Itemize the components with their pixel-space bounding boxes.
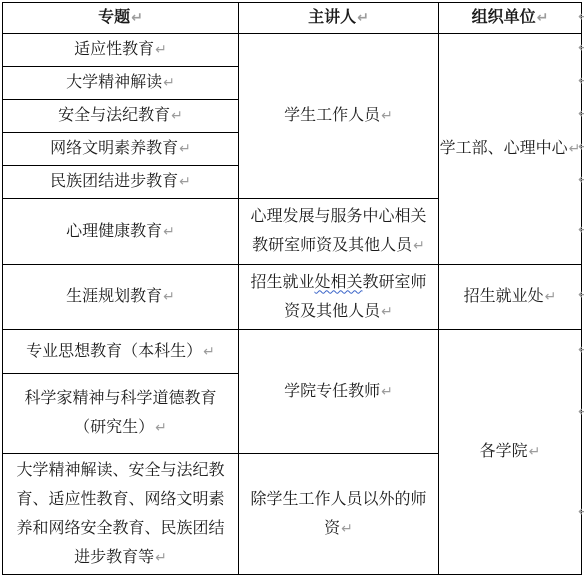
row-end-mark-icon: ↵ [578,71,584,91]
speaker-text: 学生工作人员 [284,107,380,124]
speaker-text: 教研室师资及其他人员 [252,237,412,254]
topic-text: 大学精神解读 [66,74,162,91]
paragraph-mark-icon: ↵ [536,10,549,26]
paragraph-mark-icon: ↵ [162,289,175,305]
paragraph-mark-icon: ↵ [202,344,215,360]
cell-speaker-student-affairs[interactable]: 学生工作人员↵ [239,34,439,199]
topic-text-line: 大学精神解读、安全与法纪教 [3,456,238,485]
topic-text: 适应性教育 [74,41,154,58]
table-row: 专业思想教育（本科生）↵ 学院专任教师↵ 各学院↵ [3,330,582,374]
speaker-text-line: 资及其他人员↵ [239,297,438,327]
cell-organizer-admissions-office[interactable]: 招生就业处↵ [439,265,582,330]
cell-organizer-student-affairs-psych[interactable]: 学工部、心理中心↵ [439,34,582,265]
cell-topic-adaptation[interactable]: 适应性教育↵ [3,34,239,67]
cell-topic-professional-undergrad[interactable]: 专业思想教育（本科生）↵ [3,330,239,374]
header-speaker-label: 主讲人 [308,9,356,26]
organizer-text: 学工部、心理中心 [440,140,568,157]
training-topics-table: 专题↵ 主讲人↵ 组织单位↵ 适应性教育↵ 学生工作人员↵ 学工部、心理中心↵ … [2,2,582,575]
topic-text-line: 科学家精神与科学道德教育 [3,384,238,413]
speaker-text: 招生就业 [250,274,314,291]
speaker-text-line: 心理发展与服务中心相关 [239,202,438,231]
topic-text-line: 育、适应性教育、网络文明素 [3,485,238,514]
row-end-mark-icon: ↵ [578,285,584,305]
topic-text: 专业思想教育（本科生） [26,343,202,360]
cell-organizer-all-colleges[interactable]: 各学院↵ [439,330,582,575]
grammar-flagged-text: 处相关 [314,274,362,291]
paragraph-mark-icon: ↵ [380,384,393,400]
cell-speaker-college-teachers[interactable]: 学院专任教师↵ [239,330,439,454]
cell-speaker-psych-center[interactable]: 心理发展与服务中心相关 教研室师资及其他人员↵ [239,199,439,265]
topic-text: 安全与法纪教育 [58,107,170,124]
row-end-mark-icon: ↵ [578,170,584,190]
speaker-text-line: 招生就业处相关教研室师 [239,268,438,297]
topic-text: （研究生） [74,419,154,436]
cell-topic-mental-health[interactable]: 心理健康教育↵ [3,199,239,265]
speaker-text: 资及其他人员 [284,303,380,320]
paragraph-mark-icon: ↵ [154,550,167,566]
paragraph-mark-icon: ↵ [178,174,191,190]
paragraph-mark-icon: ↵ [130,10,143,26]
paragraph-mark-icon: ↵ [162,224,175,240]
cell-topic-safety-law[interactable]: 安全与法纪教育↵ [3,100,239,133]
row-end-mark-icon: ↵ [578,402,584,422]
paragraph-mark-icon: ↵ [162,75,175,91]
topic-text: 心理健康教育 [66,223,162,240]
organizer-text: 各学院 [480,443,528,460]
header-row: 专题↵ 主讲人↵ 组织单位↵ [3,3,582,34]
paragraph-mark-icon: ↵ [544,289,557,305]
cell-topic-scientist-spirit[interactable]: 科学家精神与科学道德教育 （研究生）↵ [3,374,239,454]
paragraph-mark-icon: ↵ [170,108,183,124]
cell-speaker-non-student-staff[interactable]: 除学生工作人员以外的师 资↵ [239,454,439,575]
cell-speaker-admissions[interactable]: 招生就业处相关教研室师 资及其他人员↵ [239,265,439,330]
row-end-mark-icon: ↵ [578,340,584,360]
paragraph-mark-icon: ↵ [380,108,393,124]
table-row: 适应性教育↵ 学生工作人员↵ 学工部、心理中心↵ [3,34,582,67]
topic-text: 网络文明素养教育 [50,140,178,157]
paragraph-mark-icon: ↵ [340,521,353,537]
header-topic-label: 专题 [98,9,130,26]
header-cell-topic[interactable]: 专题↵ [3,3,239,34]
header-organizer-label: 组织单位 [472,9,536,26]
speaker-text-line: 除学生工作人员以外的师 [239,485,438,514]
topic-text: 生涯规划教育 [66,288,162,305]
table-row: 生涯规划教育↵ 招生就业处相关教研室师 资及其他人员↵ 招生就业处↵ [3,265,582,330]
topic-text: 进步教育等 [74,549,154,566]
row-end-mark-icon: ↵ [578,220,584,240]
row-end-mark-icon: ↵ [578,7,584,27]
header-cell-speaker[interactable]: 主讲人↵ [239,3,439,34]
topic-text-line: 养和网络安全教育、民族团结 [3,514,238,543]
header-cell-organizer[interactable]: 组织单位↵ [439,3,582,34]
row-end-mark-icon: ↵ [578,38,584,58]
paragraph-mark-icon: ↵ [154,420,167,436]
cell-topic-internet-civility[interactable]: 网络文明素养教育↵ [3,133,239,166]
paragraph-mark-icon: ↵ [528,444,541,460]
paragraph-mark-icon: ↵ [154,42,167,58]
speaker-text-line: 资↵ [239,514,438,544]
paragraph-mark-icon: ↵ [178,141,191,157]
speaker-text: 资 [324,520,340,537]
cell-topic-university-spirit[interactable]: 大学精神解读↵ [3,67,239,100]
paragraph-mark-icon: ↵ [380,304,393,320]
row-end-mark-icon: ↵ [578,104,584,124]
document-page: 专题↵ 主讲人↵ 组织单位↵ 适应性教育↵ 学生工作人员↵ 学工部、心理中心↵ … [0,0,584,581]
cell-topic-career-planning[interactable]: 生涯规划教育↵ [3,265,239,330]
organizer-text: 招生就业处 [464,288,544,305]
paragraph-mark-icon: ↵ [356,10,369,26]
row-end-mark-icon: ↵ [578,137,584,157]
cell-topic-ethnic-unity[interactable]: 民族团结进步教育↵ [3,166,239,199]
speaker-text: 教研室师 [363,274,427,291]
cell-topic-combined[interactable]: 大学精神解读、安全与法纪教 育、适应性教育、网络文明素 养和网络安全教育、民族团… [3,454,239,575]
row-end-mark-icon: ↵ [578,502,584,522]
topic-text-line: 进步教育等↵ [3,543,238,573]
speaker-text-line: 教研室师资及其他人员↵ [239,231,438,261]
topic-text: 民族团结进步教育 [50,173,178,190]
topic-text-line: （研究生）↵ [3,413,238,443]
speaker-text: 学院专任教师 [284,383,380,400]
paragraph-mark-icon: ↵ [412,238,425,254]
